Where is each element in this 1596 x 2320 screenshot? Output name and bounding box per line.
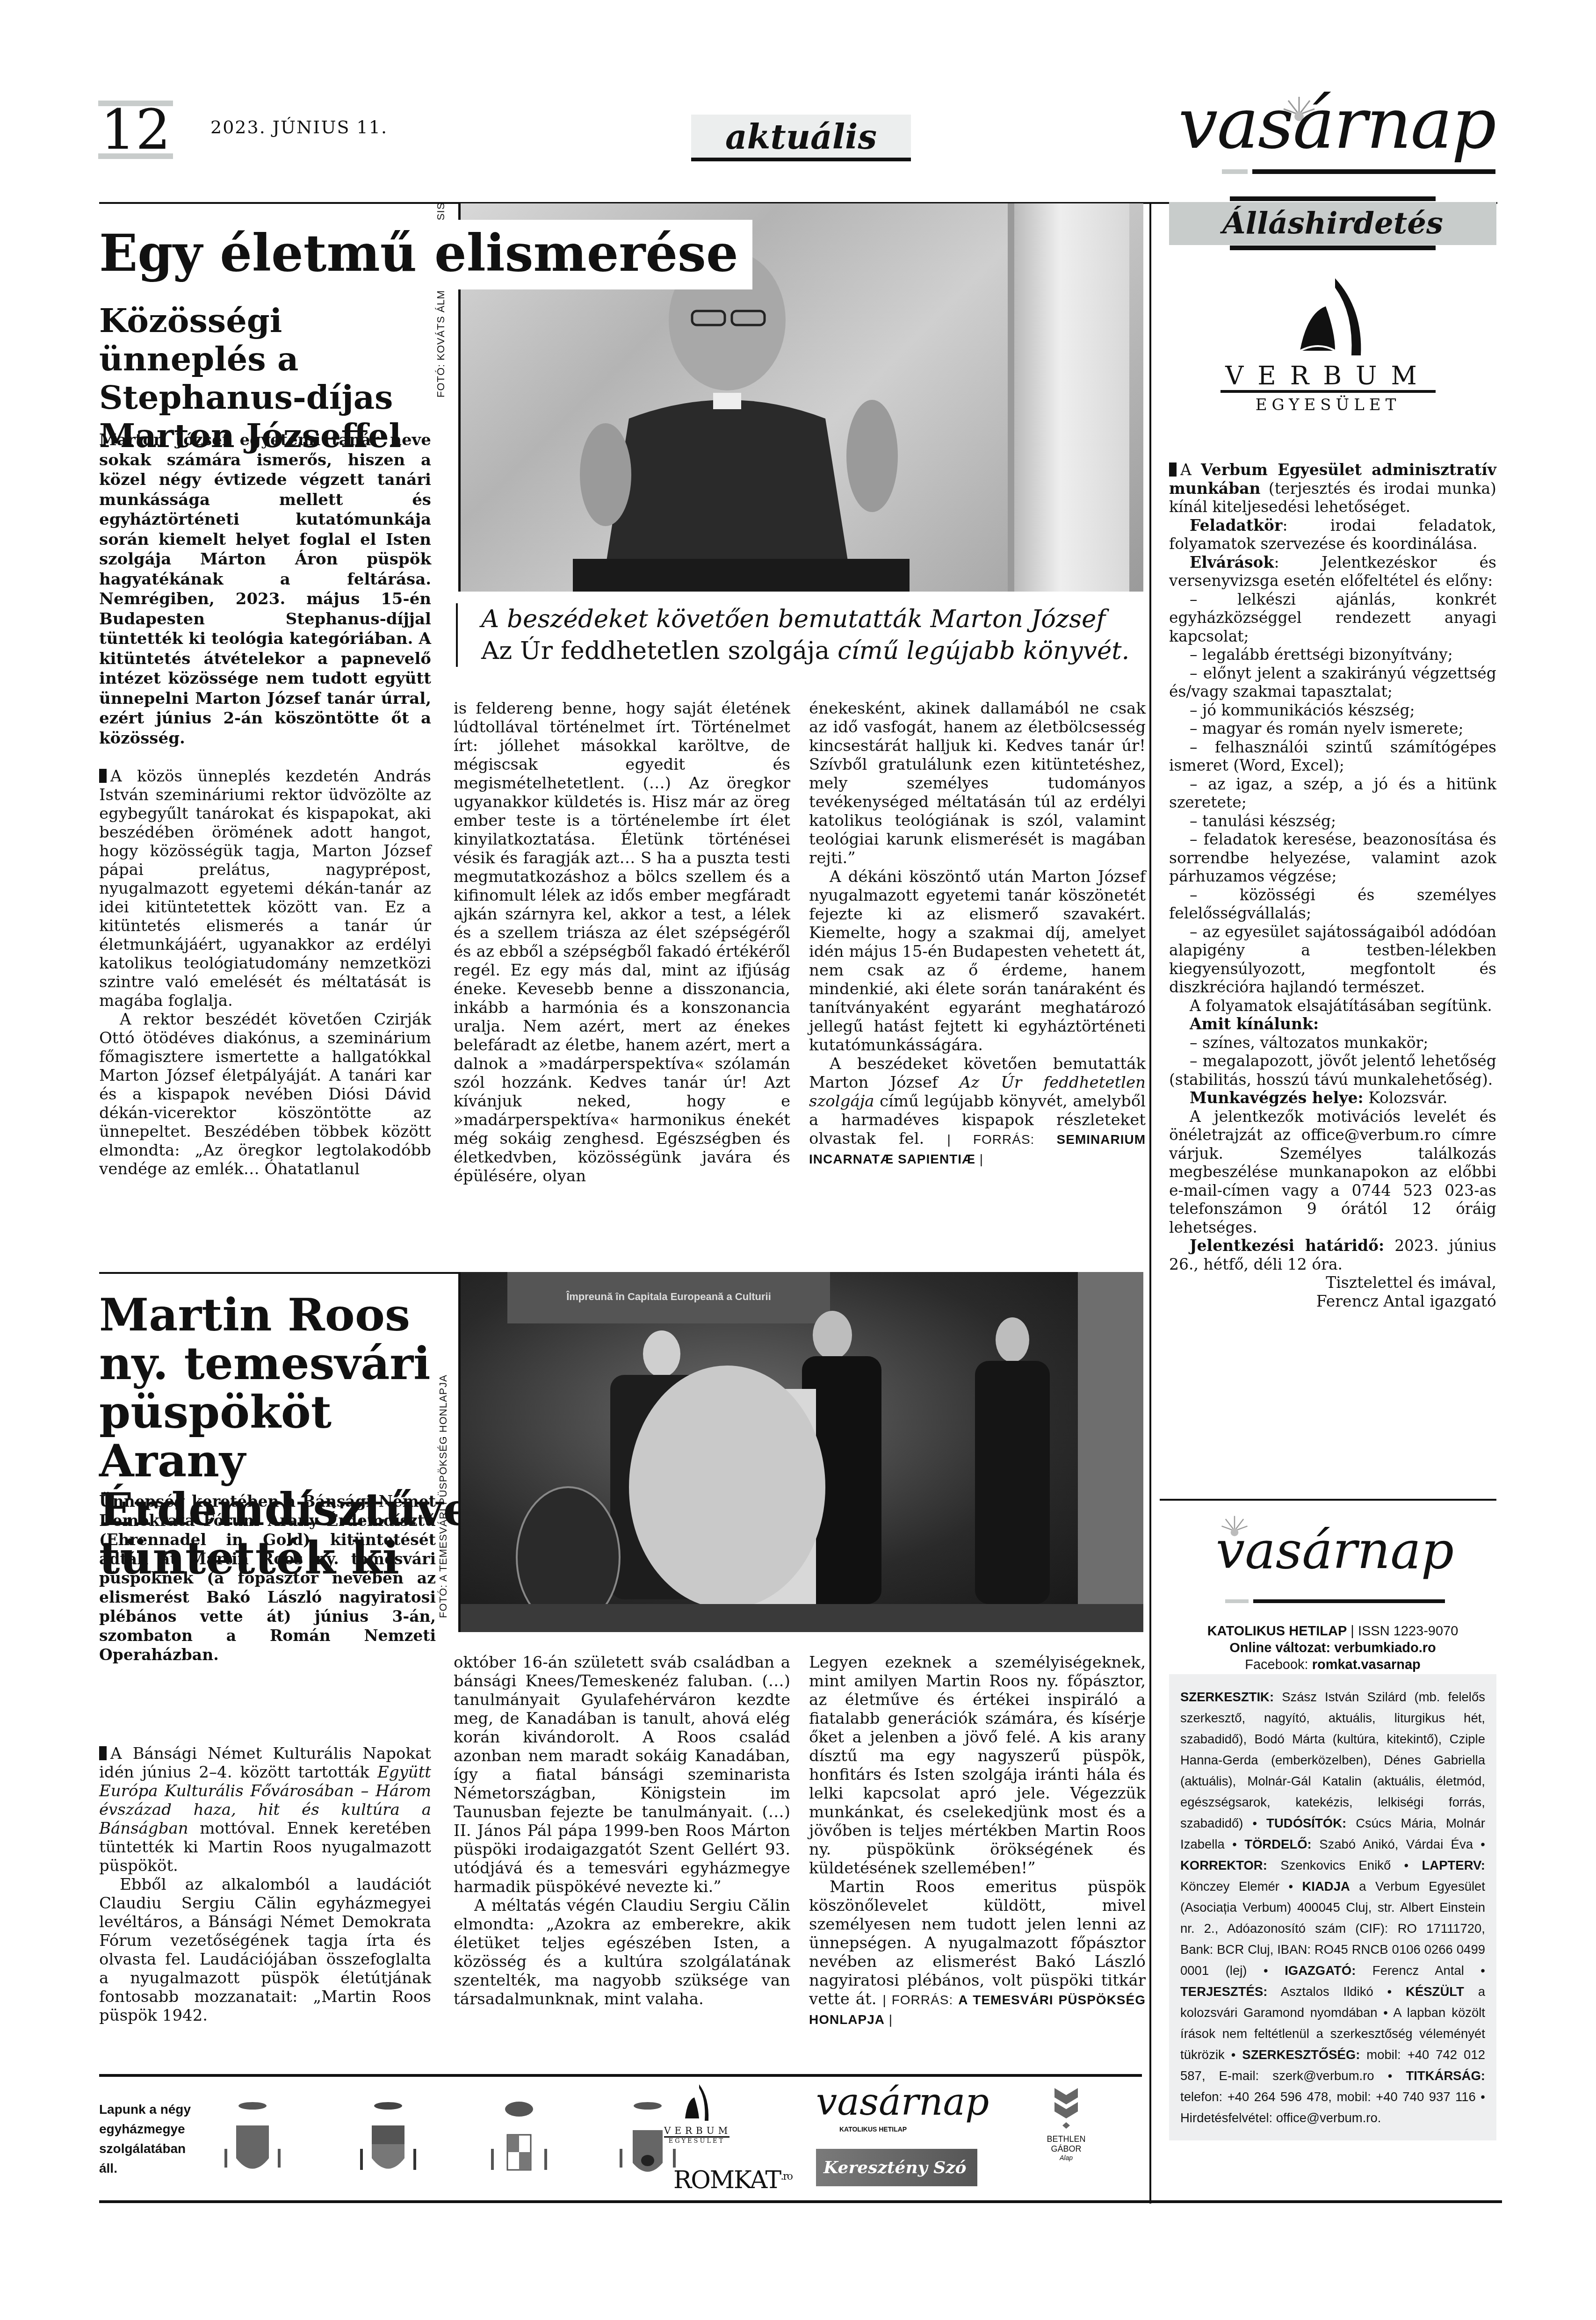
requirement-item: – közösségi és személyes felelősségválla…	[1169, 886, 1496, 923]
pull-quote: A beszédeket követően bemutatták Marton …	[456, 603, 1141, 667]
masthead-online-link[interactable]: Online változat: verbumkiado.ro	[1169, 1640, 1496, 1656]
section-tag: aktuális	[691, 115, 911, 161]
paragraph: énekesként, akinek dallamából ne csak az…	[809, 699, 1146, 867]
article-lead: Marton József egyetemi tanár neve sokak …	[99, 430, 431, 748]
column-divider	[1149, 202, 1151, 2204]
footer-verbum-logo: VERBUM EGYESÜLET	[664, 2083, 729, 2145]
source-label: | FORRÁS:	[883, 1993, 959, 2007]
paragraph: október 16-án született sváb családban a…	[454, 1653, 790, 1896]
footer-label: Lapunk a négy egyházmegye szolgálatában …	[99, 2100, 193, 2178]
job-duties: Feladatkör: irodai feladatok, folyamatok…	[1169, 516, 1496, 553]
brand-rule-accent	[1222, 169, 1248, 174]
issue-date: 2023. JÚNIUS 11.	[210, 117, 388, 137]
verbum-book-icon	[680, 2083, 713, 2123]
bethlen-shield-icon	[1052, 2086, 1080, 2132]
brand-logo: vasárnap	[1178, 89, 1495, 159]
requirement-item: – tanulási készség;	[1169, 812, 1496, 831]
footer-kereszteny-szo-logo: Keresztény Szó †	[816, 2149, 977, 2186]
job-ad-divider	[1160, 1499, 1496, 1501]
masthead-facebook[interactable]: Facebook: romkat.vasarnap	[1169, 1656, 1496, 1673]
masthead-info: KATOLIKUS HETILAP | ISSN 1223-9070 Onlin…	[1169, 1623, 1496, 1673]
job-ad-body: A Verbum Egyesület adminisztratív munkáb…	[1169, 461, 1496, 1310]
job-title-rule-top	[1230, 196, 1436, 201]
verbum-logo: VERBUM EGYESÜLET	[1197, 276, 1459, 416]
paragraph: A méltatás végén Claudiu Sergiu Călin el…	[454, 1896, 790, 2009]
article-column-3: Legyen ezeknek a személyiségeknek, mint …	[809, 1653, 1146, 2029]
cross-icon: †	[823, 2195, 832, 2215]
photo-window	[1008, 203, 1129, 592]
job-help: A folyamatok elsajátításában segítünk.	[1169, 997, 1496, 1015]
requirement-item: – legalább érettségi bizonyítvány;	[1169, 645, 1496, 664]
article-lead: Ünnepség keretében a Bánsági Német Demok…	[99, 1492, 436, 1664]
job-offer-label: Amit kínálunk:	[1169, 1015, 1496, 1034]
job-intro: A Verbum Egyesület adminisztratív munkáb…	[1169, 461, 1496, 516]
paragraph: Legyen ezeknek a személyiségeknek, mint …	[809, 1653, 1146, 1878]
paragraph: A rektor beszédét követően Czirják Ottó …	[99, 1010, 431, 1178]
paragraph: A Bánsági Német Kulturális Napokat idén …	[99, 1744, 431, 1875]
job-title-rule-bottom	[1230, 246, 1436, 250]
paragraph-marker-icon	[1169, 463, 1177, 477]
coat-of-arms-2-icon	[355, 2097, 421, 2184]
requirement-item: – felhasználói szintű számítógépes ismer…	[1169, 738, 1496, 775]
requirement-item: – előnyt jelent a szakirányú végzettség …	[1169, 664, 1496, 701]
article-column-3: énekesként, akinek dallamából ne csak az…	[809, 699, 1146, 1169]
coat-of-arms-1-icon	[220, 2097, 285, 2184]
source-label: | FORRÁS:	[947, 1132, 1057, 1147]
coat-of-arms-3-icon	[486, 2097, 552, 2184]
article-headline: Egy életmű elismerése	[99, 220, 752, 289]
paragraph-marker-icon	[99, 769, 107, 783]
masthead-rule-accent	[1225, 1599, 1249, 1603]
footer-bethlen-gabor-logo: BETHLEN GÁBOR Alap	[1036, 2086, 1097, 2161]
article-column-1: A közös ünneplés kezdetén András István …	[99, 767, 431, 1178]
footer-vasarnap-logo: vasárnap	[816, 2081, 989, 2123]
article-column-2: október 16-án született sváb családban a…	[454, 1653, 790, 2009]
footer-vasarnap-subtitle: KATOLIKUS HETILAP	[839, 2125, 907, 2133]
paragraph: A közös ünneplés kezdetén András István …	[99, 767, 431, 1010]
impressum: SZERKESZTIK: Szász István Szilárd (mb. f…	[1169, 1674, 1496, 2140]
job-signature-line1: Tisztelettel és imával,	[1169, 1273, 1496, 1292]
requirement-item: – az egyesület sajátosságaiból adódóan a…	[1169, 923, 1496, 997]
requirement-item: – lelkészi ajánlás, konkrét egyházközség…	[1169, 590, 1496, 646]
job-ad-section-title: Álláshirdetés	[1169, 202, 1496, 245]
verbum-book-icon	[1281, 276, 1375, 360]
requirement-item: – az igaz, a szép, a jó és a hitünk szer…	[1169, 775, 1496, 812]
paragraph-marker-icon	[99, 1746, 107, 1760]
offer-item: – színes, változatos munkakör;	[1169, 1034, 1496, 1052]
requirement-item: – jó kommunikációs készség;	[1169, 701, 1496, 720]
masthead-rule	[1253, 1599, 1445, 1603]
brand-rule	[1252, 169, 1495, 174]
paragraph: A dékáni köszöntő után Marton József nyu…	[809, 867, 1146, 1055]
paragraph: is feldereng benne, hogy saját életének …	[454, 699, 790, 1185]
impressum-divider	[1160, 2200, 1496, 2203]
article-column-1: A Bánsági Német Kulturális Napokat idén …	[99, 1744, 431, 2025]
job-deadline: Jelentkezési határidő: 2023. június 26.,…	[1169, 1236, 1496, 1273]
paragraph: A beszédeket követően bemutatták Marton …	[809, 1055, 1146, 1169]
footer-divider-top	[99, 2074, 1142, 2077]
article-column-2: is feldereng benne, hogy saját életének …	[454, 699, 790, 1185]
photo-award-ceremony: Împreună în Capitala Europeană a Culturi…	[458, 1272, 1143, 1632]
paragraph: Martin Roos emeritus püspök köszönőlevel…	[809, 1878, 1146, 2029]
requirement-item: – feladatok keresése, beazonosítása és s…	[1169, 830, 1496, 886]
offer-item: – megalapozott, jövőt jelentő lehetőség …	[1169, 1052, 1496, 1089]
masthead-issn: KATOLIKUS HETILAP | ISSN 1223-9070	[1169, 1623, 1496, 1640]
stage-scene	[461, 1272, 1143, 1632]
job-place: Munkavégzés helye: Kolozsvár.	[1169, 1089, 1496, 1107]
pull-quote-text: A beszédeket követően bemutatták Marton …	[481, 605, 1105, 633]
job-apply: A jelentkezők motivációs levelét és önél…	[1169, 1107, 1496, 1237]
masthead-brand: vasárnap	[1216, 1525, 1454, 1576]
pull-quote-text-end: című legújabb könyvét.	[838, 636, 1130, 665]
verbum-wordmark: VERBUM	[1197, 362, 1459, 390]
job-requirements-intro: Elvárások: Jelentkezéskor és versenyvizs…	[1169, 553, 1496, 590]
footer-romkat-logo: ROMKAT.ro	[673, 2163, 792, 2194]
page-number: 12	[98, 101, 173, 159]
pull-quote-book-title: Az Úr feddhetetlen szolgája	[481, 636, 830, 665]
requirement-item: – magyar és román nyelv ismerete;	[1169, 719, 1496, 738]
paragraph: Ebből az alkalomból a laudációt Claudiu …	[99, 1875, 431, 2025]
verbum-subtitle: EGYESÜLET	[1220, 390, 1436, 414]
photo-credit: FOTÓ: A TEMESVÁRI PÜSPÖKSÉG HONLAPJA	[437, 1374, 449, 1618]
job-signature-line2: Ferencz Antal igazgató	[1169, 1292, 1496, 1311]
